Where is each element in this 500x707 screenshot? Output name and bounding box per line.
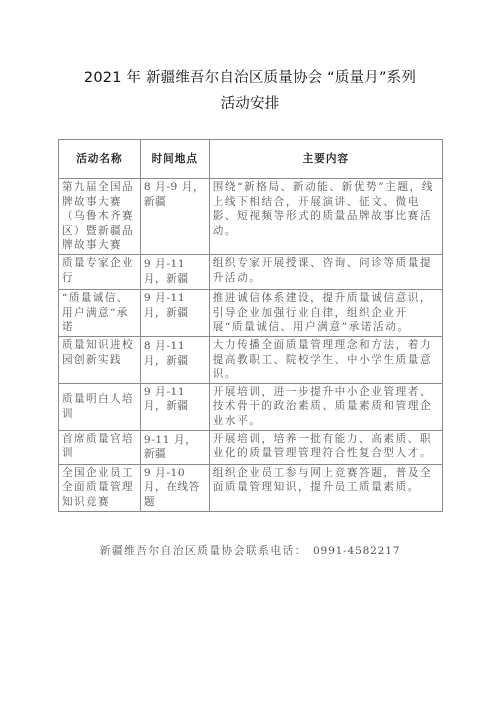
activity-content: 开展培训，进一步提升中小企业管理者、技术骨干的政治素质、质量素质和管理企业水平。 [209,383,442,430]
table-row: 质量专家企业行 9 月-11 月，新疆 组织专家开展授课、咨询、问诊等质量提升活… [59,254,443,289]
document-subtitle: 活动安排 [0,92,500,113]
activity-content: 推进诚信体系建设，提升质量诚信意识，引导企业加强行业自律，组织企业开展“质量诚信… [209,289,442,336]
activity-time: 9-11 月，新疆 [140,430,209,464]
activity-content: 围绕“新格局、新动能、新优势”主题，线上线下相结合，开展演讲、征文、微电影、短视… [209,179,442,255]
activity-schedule-table: 活动名称 时间地点 主要内容 第九届全国品牌故事大赛（乌鲁木齐赛区）暨新疆品牌故… [58,139,443,512]
activity-name: 首席质量官培训 [59,430,141,464]
activity-time: 9 月-10 月，在线答题 [140,464,209,511]
activity-time: 9 月-11 月，新疆 [140,383,209,430]
activity-time: 8 月-11 月，新疆 [140,336,209,383]
table-row: 质量知识进校园创新实践 8 月-11 月，新疆 大力传播全面质量管理理念和方法，… [59,336,443,383]
activity-content: 组织专家开展授课、咨询、问诊等质量提升活动。 [209,254,442,289]
activity-time: 9 月-11 月，新疆 [140,254,209,289]
table-row: 第九届全国品牌故事大赛（乌鲁木齐赛区）暨新疆品牌故事大赛 8 月-9 月，新疆 … [59,179,443,255]
activity-name: 第九届全国品牌故事大赛（乌鲁木齐赛区）暨新疆品牌故事大赛 [59,179,141,255]
activity-time: 8 月-9 月，新疆 [140,179,209,255]
activity-name: 质量知识进校园创新实践 [59,336,141,383]
activity-time: 9 月-11 月，新疆 [140,289,209,336]
activity-content: 大力传播全面质量管理理念和方法，着力提高教职工、院校学生、中小学生质量意识。 [209,336,442,383]
table-row: 首席质量官培训 9-11 月，新疆 开展培训，培养一批有能力、高素质、职业化的质… [59,430,443,464]
table-header-row: 活动名称 时间地点 主要内容 [59,140,443,179]
header-time-location: 时间地点 [140,140,209,179]
table-row: 质量明白人培训 9 月-11 月，新疆 开展培训，进一步提升中小企业管理者、技术… [59,383,443,430]
table-row: “质量诚信、用户满意”承诺 9 月-11 月，新疆 推进诚信体系建设，提升质量诚… [59,289,443,336]
contact-phone: 0991-4582217 [313,545,400,557]
header-main-content: 主要内容 [209,140,442,179]
activity-content: 组织企业员工参与网上竞赛答题，普及全面质量管理知识，提升员工质量素质。 [209,464,442,511]
activity-name: “质量诚信、用户满意”承诺 [59,289,141,336]
document-title: 2021 年 新疆维吾尔自治区质量协会 “质量月”系列 [0,66,500,87]
contact-footer: 新疆维吾尔自治区质量协会联系电话：0991-4582217 [0,543,500,558]
contact-label: 新疆维吾尔自治区质量协会联系电话： [100,545,307,557]
activity-name: 全国企业员工全面质量管理知识竞赛 [59,464,141,511]
activity-content: 开展培训，培养一批有能力、高素质、职业化的质量管理管理符合性复合型人才。 [209,430,442,464]
activity-name: 质量专家企业行 [59,254,141,289]
activity-name: 质量明白人培训 [59,383,141,430]
table-row: 全国企业员工全面质量管理知识竞赛 9 月-10 月，在线答题 组织企业员工参与网… [59,464,443,511]
header-activity-name: 活动名称 [59,140,141,179]
